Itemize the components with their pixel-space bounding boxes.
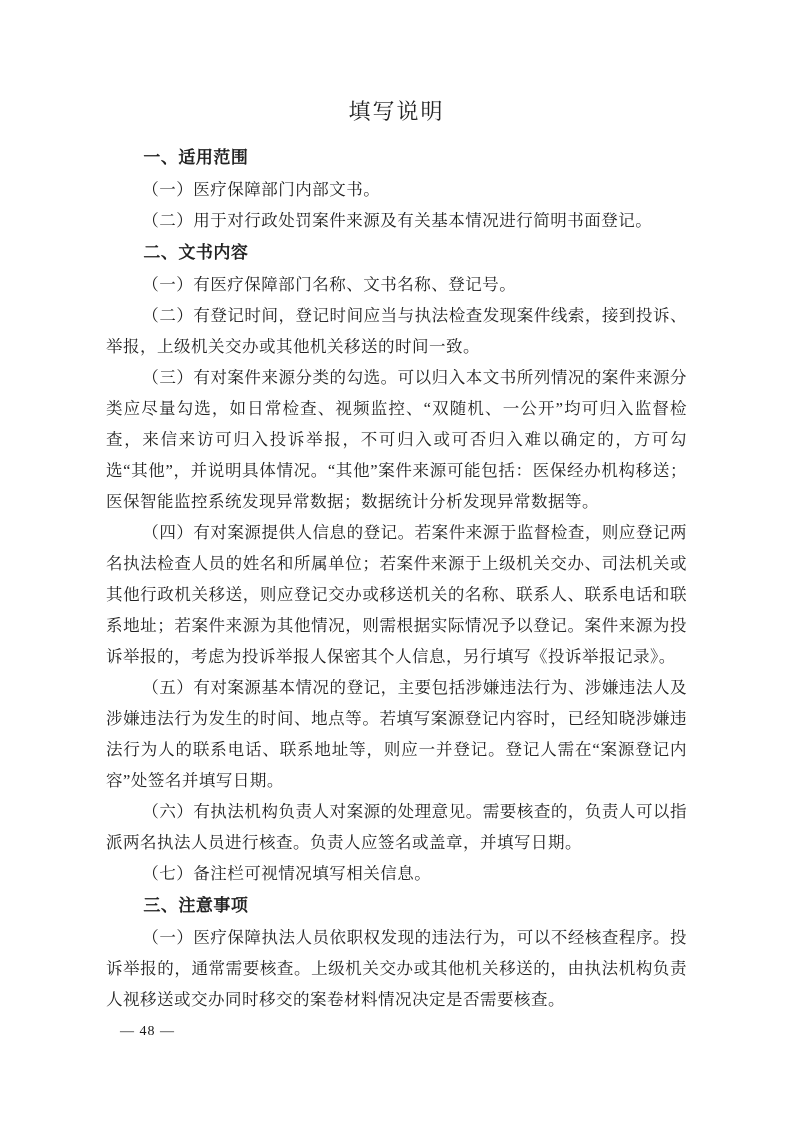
paragraph-content-5: （五）有对案源基本情况的登记，主要包括涉嫌违法行为、涉嫌违法人及涉嫌违法行为发生… <box>106 672 687 796</box>
section-heading-content: 二、文书内容 <box>106 237 687 268</box>
paragraph-scope-2: （二）用于对行政处罚案件来源及有关基本情况进行简明书面登记。 <box>106 205 687 236</box>
paragraph-content-4: （四）有对案源提供人信息的登记。若案件来源于监督检查，则应登记两名执法检查人员的… <box>106 517 687 672</box>
document-title: 填写说明 <box>106 96 687 128</box>
paragraph-content-2: （二）有登记时间，登记时间应当与执法检查发现案件线索，接到投诉、举报，上级机关交… <box>106 300 687 362</box>
paragraph-notes-1: （一）医疗保障执法人员依职权发现的违法行为，可以不经核查程序。投诉举报的，通常需… <box>106 922 687 1015</box>
page-number: — 48 — <box>120 1024 175 1040</box>
section-heading-scope: 一、适用范围 <box>106 142 687 173</box>
document-page: 填写说明 一、适用范围 （一）医疗保障部门内部文书。 （二）用于对行政处罚案件来… <box>0 0 793 1122</box>
paragraph-scope-1: （一）医疗保障部门内部文书。 <box>106 174 687 205</box>
paragraph-content-3: （三）有对案件来源分类的勾选。可以归入本文书所列情况的案件来源分类应尽量勾选，如… <box>106 362 687 517</box>
paragraph-content-7: （七）备注栏可视情况填写相关信息。 <box>106 858 687 889</box>
section-heading-notes: 三、注意事项 <box>106 890 687 921</box>
paragraph-content-6: （六）有执法机构负责人对案源的处理意见。需要核查的，负责人可以指派两名执法人员进… <box>106 796 687 858</box>
paragraph-content-1: （一）有医疗保障部门名称、文书名称、登记号。 <box>106 269 687 300</box>
